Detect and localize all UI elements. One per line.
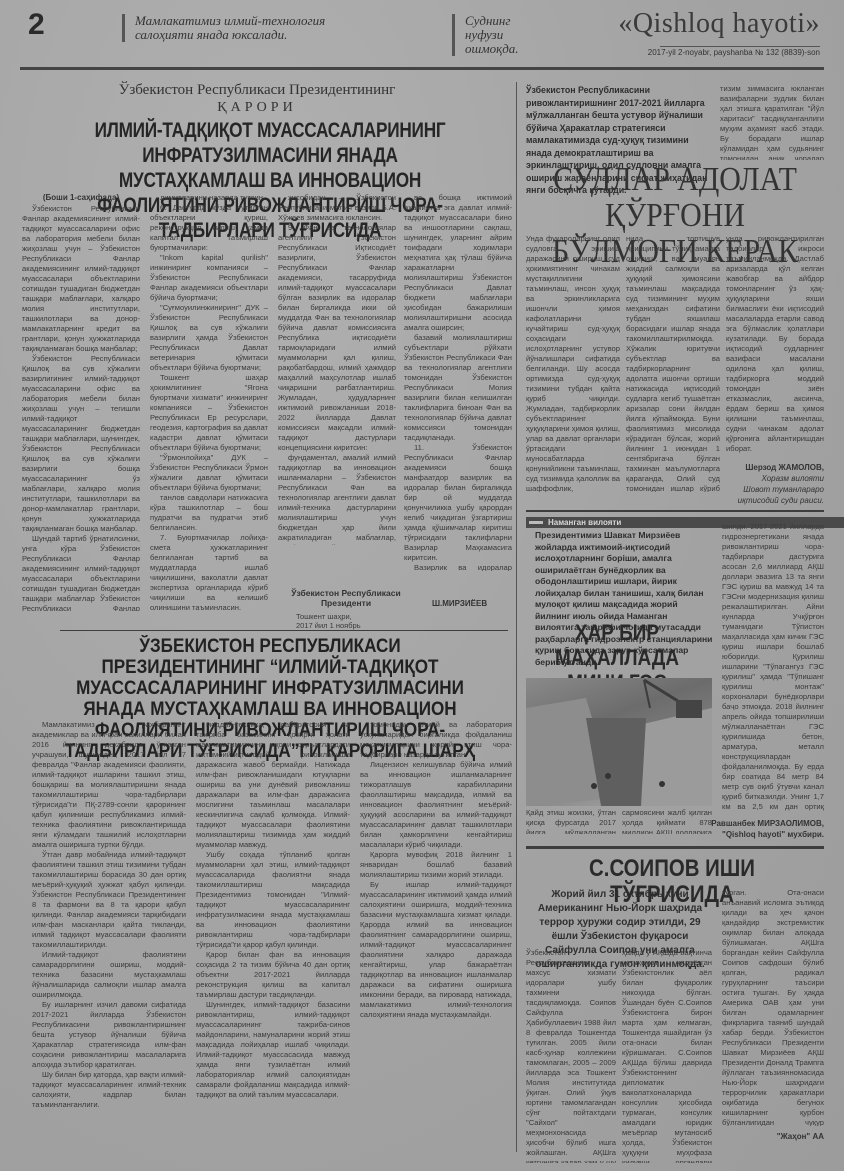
paragraph: ва бошқа ижтимоий аҳамиятга эга давлат и… bbox=[404, 193, 512, 333]
commentary-column-2: моддий-техника, лаборатория ва тажриба б… bbox=[196, 720, 350, 1160]
continued-note: (Боши 1-саҳифада) bbox=[22, 193, 140, 202]
commentary-column-3: томонидан илмий ва лаборатория ускуналар… bbox=[360, 720, 512, 1160]
paragraph: Қарорга мувофиқ 2018 йилнинг 1 январидан… bbox=[360, 850, 512, 880]
courts-column-2: нида тортишув принципини тўлиқ амалга ош… bbox=[626, 234, 720, 492]
paragraph: Шу билан бир қаторда, ҳар вақти илмий-та… bbox=[32, 1070, 186, 1110]
author-line-1: Хоразм вилояти bbox=[762, 474, 824, 483]
paragraph: "Ўрмонлойиҳа" ДУК – Ўзбекистон Республик… bbox=[150, 453, 268, 493]
paragraph: Ўтган давр мобайнида илмий-тадқиқот фаол… bbox=[32, 850, 186, 950]
paragraph: Мамлакатимиз раҳбарининг академиклар ва … bbox=[32, 720, 186, 850]
paragraph: "Суғмоуилинжиниринг" ДУК – Ўзбекистон Ре… bbox=[150, 303, 268, 373]
construction-photo bbox=[526, 678, 712, 806]
masthead-rule bbox=[20, 67, 824, 70]
paragraph: 11. Ўзбекистон Республикаси Фанлар акаде… bbox=[404, 443, 512, 563]
page-number: 2 bbox=[28, 8, 45, 42]
ges-author: Равшанбек МИРЗАОЛИМОВ, "Qishloq hayoti" … bbox=[700, 818, 824, 840]
paragraph: моддий-техника, лаборатория ва тажриба б… bbox=[196, 720, 350, 850]
newspaper-brand: «Qishloq hayoti» bbox=[618, 8, 820, 40]
paragraph: Қарор билан фан ва инновация соҳасида 2 … bbox=[196, 950, 350, 1000]
decree-column-2: лимитларини назарда тутсин. 6. Дастурда … bbox=[150, 193, 268, 611]
paragraph: лимитларини назарда тутсин. bbox=[150, 193, 268, 203]
decree-column-1: (Боши 1-саҳифада) Ўзбекистон Республикас… bbox=[22, 193, 140, 611]
paragraph: Лицензион келишувлар бўйича илмий ва инн… bbox=[360, 760, 512, 850]
paragraph: 9. Фан ва технологиялар агентлиги Ўзбеки… bbox=[278, 223, 396, 453]
section-rule bbox=[526, 510, 824, 512]
soipov-column-2: ҳамда у АҚШда вақтинча истиқомат қилаётг… bbox=[622, 948, 712, 1163]
decree-pre-title: Ўзбекистон Республикаси Президентининг bbox=[0, 82, 514, 99]
paragraph: танлов савдолари натижасига кўра ташкило… bbox=[150, 493, 268, 533]
paragraph: Вазирлик ва идоралар идоравий норматив-ҳ… bbox=[404, 563, 512, 571]
section-rule bbox=[526, 846, 824, 849]
soipov-column-3: қурган. Ота-онаси анъанавий исломга эъти… bbox=[722, 888, 824, 1126]
paragraph: фундаментал, амалий илмий тадқиқотлар ва… bbox=[278, 453, 396, 545]
courts-column-1: Унда фуқароларнинг одил судловга эришиш … bbox=[526, 234, 620, 492]
soipov-source: "Жаҳон" АА bbox=[722, 1131, 824, 1142]
paragraph: Бу ишларнинг изчил давоми сифатида 2017-… bbox=[32, 1000, 186, 1070]
commentary-column-1: Мамлакатимиз раҳбарининг академиклар ва … bbox=[32, 720, 186, 1160]
paragraph: ҳисобидан – Ўзбекистон Республикаси моли… bbox=[278, 193, 396, 223]
paragraph: базавий молиялаштириш субъектлари рўйхат… bbox=[404, 333, 512, 443]
paragraph: Тошкент шаҳар ҳокимлигининг "Ягона буюрт… bbox=[150, 373, 268, 453]
decree-column-4: ва бошқа ижтимоий аҳамиятга эга давлат и… bbox=[404, 193, 512, 571]
paragraph: томонидан илмий ва лаборатория ускуналар… bbox=[360, 720, 512, 760]
author-line-2: Шовот туманлараро bbox=[743, 485, 824, 494]
courts-lead-side: тизим зиммасига юкланган вазифаларни зуд… bbox=[720, 84, 824, 160]
paragraph: 6. Дастурда кўзда тутилган объектларни қ… bbox=[150, 203, 268, 253]
paragraph: Шундай тартиб ўрнатилсинки, унга кўра Ўз… bbox=[22, 534, 140, 611]
brand-underline bbox=[660, 46, 820, 47]
column-divider bbox=[516, 82, 517, 1152]
paragraph: Ўзбекистон Республикаси Қишлоқ ва сув хў… bbox=[22, 354, 140, 534]
construction-photo-art bbox=[526, 678, 712, 806]
paragraph: Шунингдек, илмий-тадқиқот базасини ривож… bbox=[196, 1000, 350, 1100]
paragraph: Бу ишлар илмий-тадқиқот муассасаларининг… bbox=[360, 880, 512, 1020]
soipov-column-1: Ўзбекистон Республикасининг махсус хизма… bbox=[526, 948, 616, 1163]
ges-caption-1: Қайд этиш жоизки, ўтган қисқа фурсатда 2… bbox=[526, 808, 616, 834]
ges-side-column: шилди. 2017-2021 йилларда гидроэнергетик… bbox=[722, 522, 824, 812]
paragraph: Ушбу соҳада тўпланиб қолган муаммоларни … bbox=[196, 850, 350, 950]
section-rule bbox=[60, 630, 508, 631]
paragraph: 7. Буюртмачилар лойиҳа-смета ҳужжатларин… bbox=[150, 533, 268, 611]
issue-line: 2017-yil 2-noyabr, payshanba № 132 (8839… bbox=[648, 48, 820, 57]
signature-name: Ш.МИРЗИЁЕВ bbox=[432, 599, 487, 608]
signature-title: Ўзбекистон Республикаси Президенти bbox=[290, 588, 402, 608]
author-role: "Qishloq hayoti" мухбири. bbox=[722, 830, 824, 839]
paragraph: Илмий-тадқиқот фаолиятини самарадорлигин… bbox=[32, 950, 186, 1000]
decree-kind: ҚАРОРИ bbox=[0, 100, 514, 116]
ges-caption-2: сармоясини жалб қилган ҳолда қиймати 878… bbox=[622, 808, 712, 834]
author-name: Шерзод ЖАМОЛОВ, bbox=[745, 463, 824, 472]
source-agency: "Жаҳон" АА bbox=[777, 1132, 824, 1141]
teaser-courts[interactable]: Суднинг нуфузи ошмоқда. bbox=[452, 14, 542, 56]
teaser-science[interactable]: Мамлакатимиз илмий-технология салоҳияти … bbox=[122, 14, 372, 42]
courts-author: Шерзод ЖАМОЛОВ, Хоразм вилояти Шовот тум… bbox=[726, 462, 824, 506]
paragraph: Ўзбекистон Республикаси Фанлар академияс… bbox=[22, 204, 140, 354]
author-name: Равшанбек МИРЗАОЛИМОВ, bbox=[711, 819, 824, 828]
paragraph: "Inkom kapital qurilish" инжиниринг комп… bbox=[150, 253, 268, 303]
courts-column-3: унда ривожлантирилган тадбирлар ижроси т… bbox=[726, 234, 824, 460]
decree-column-3: ҳисобидан – Ўзбекистон Республикаси моли… bbox=[278, 193, 396, 545]
author-line-3: иқтисодий суди раиси. bbox=[738, 496, 824, 505]
